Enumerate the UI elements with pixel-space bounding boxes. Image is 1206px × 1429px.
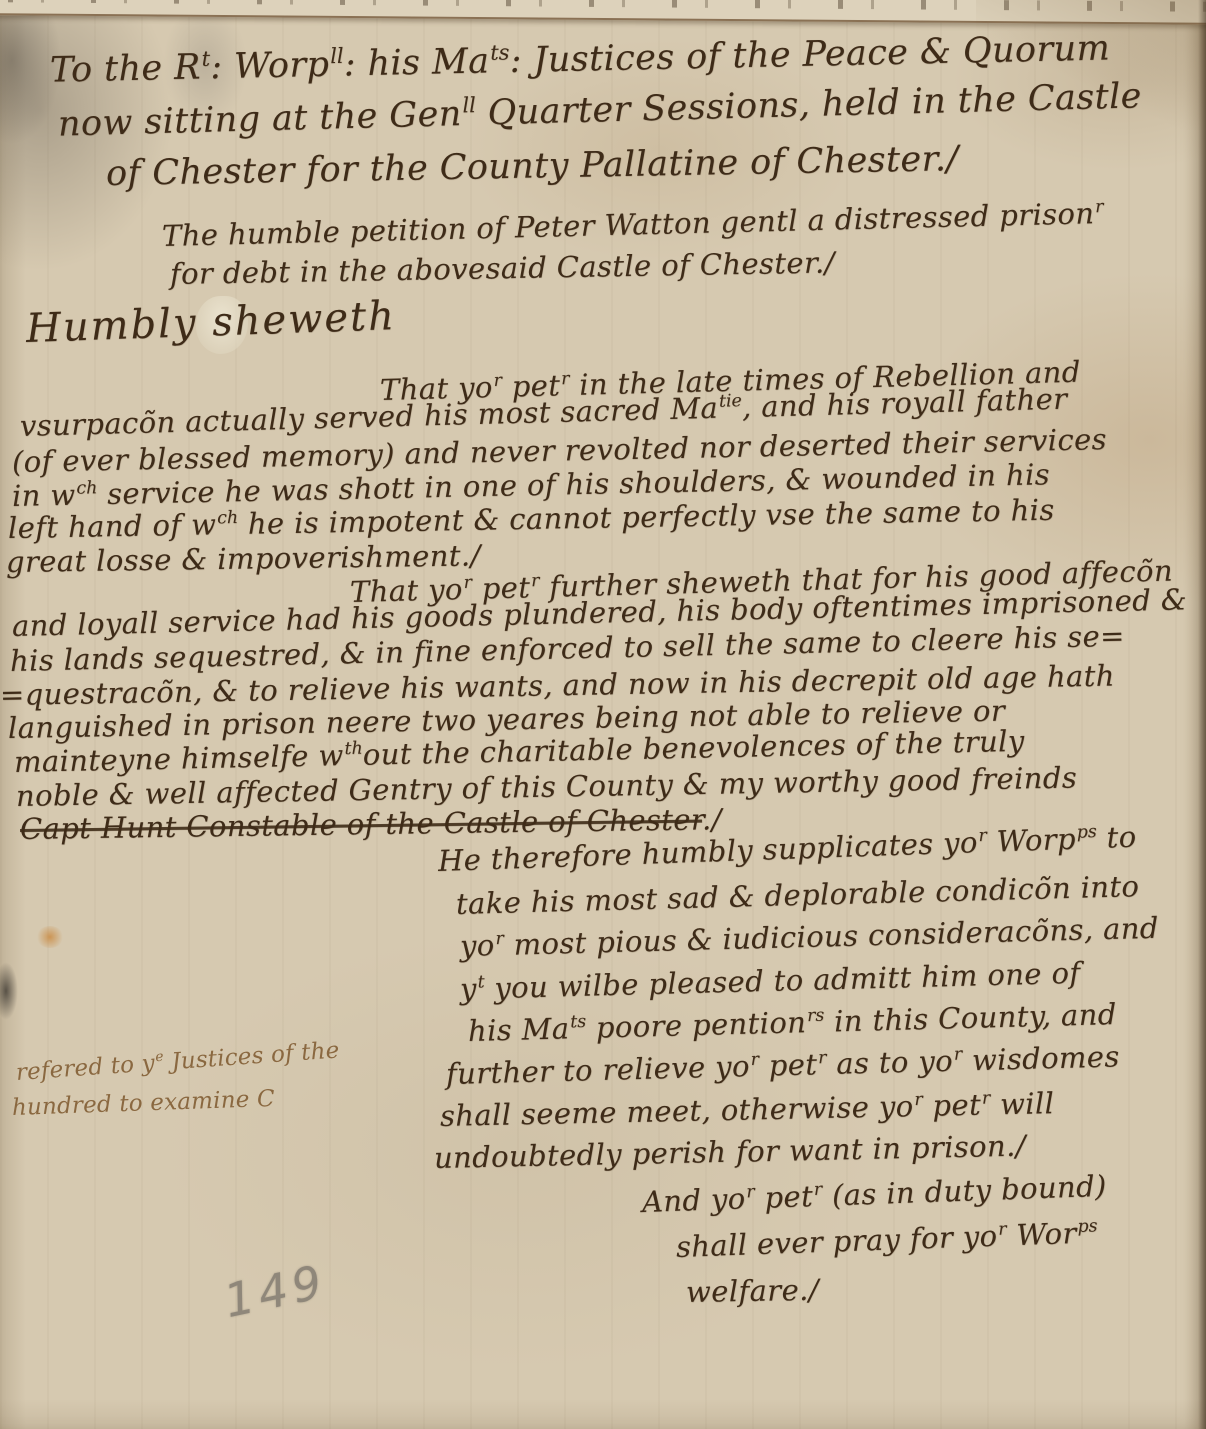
subscription-line-3: welfare./ xyxy=(686,1274,819,1310)
manuscript-scan: To the Rt: Worpll: his Mats: Justices of… xyxy=(0,0,1206,1429)
orange-ink-spot xyxy=(36,926,64,948)
page-right-edge-shadow xyxy=(1198,0,1206,1429)
ink-smudge xyxy=(0,962,18,1020)
